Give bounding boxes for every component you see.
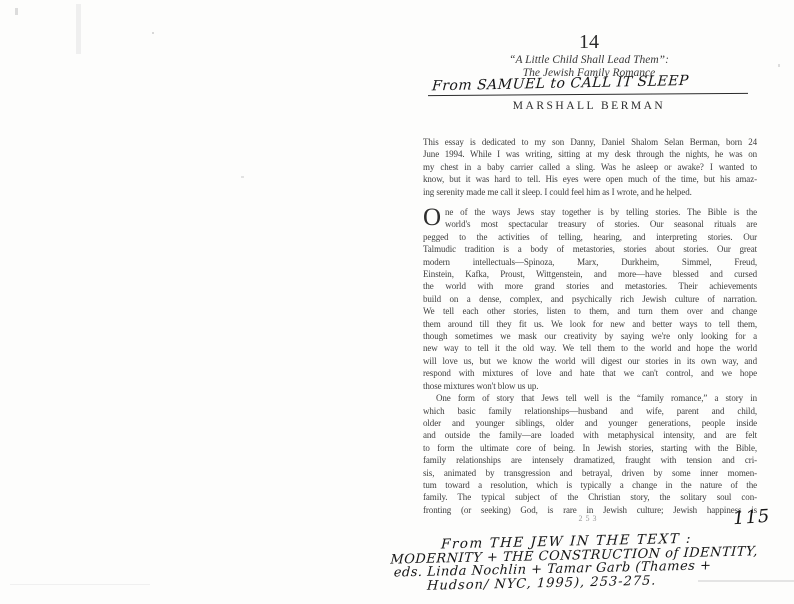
scan-artifact xyxy=(152,32,154,34)
handwritten-page-number: 115 xyxy=(732,506,771,530)
paragraph-1: O ne of the ways Jews stay together is b… xyxy=(423,206,757,392)
author-name: MARSHALL BERMAN xyxy=(422,100,756,112)
chapter-title-line1: “A Little Child Shall Lead Them”: xyxy=(422,54,756,66)
dedication-paragraph: This essay is dedicated to my son Danny,… xyxy=(423,136,757,198)
drop-cap: O xyxy=(423,206,445,229)
scan-artifact xyxy=(778,64,780,67)
printed-page-number: 253 xyxy=(422,514,756,523)
scan-artifact xyxy=(10,584,150,585)
scan-artifact xyxy=(76,4,81,54)
paragraph-2: One form of story that Jews tell well is… xyxy=(423,392,757,516)
scan-artifact xyxy=(241,176,244,178)
scan-artifact xyxy=(15,8,18,15)
chapter-number: 14 xyxy=(422,31,756,54)
body-text: O ne of the ways Jews stay together is b… xyxy=(423,206,757,516)
handwritten-citation: From THE JEW IN THE TEXT : MODERNITY + T… xyxy=(387,530,794,593)
scanned-book-page: 14 “A Little Child Shall Lead Them”: The… xyxy=(0,0,794,604)
